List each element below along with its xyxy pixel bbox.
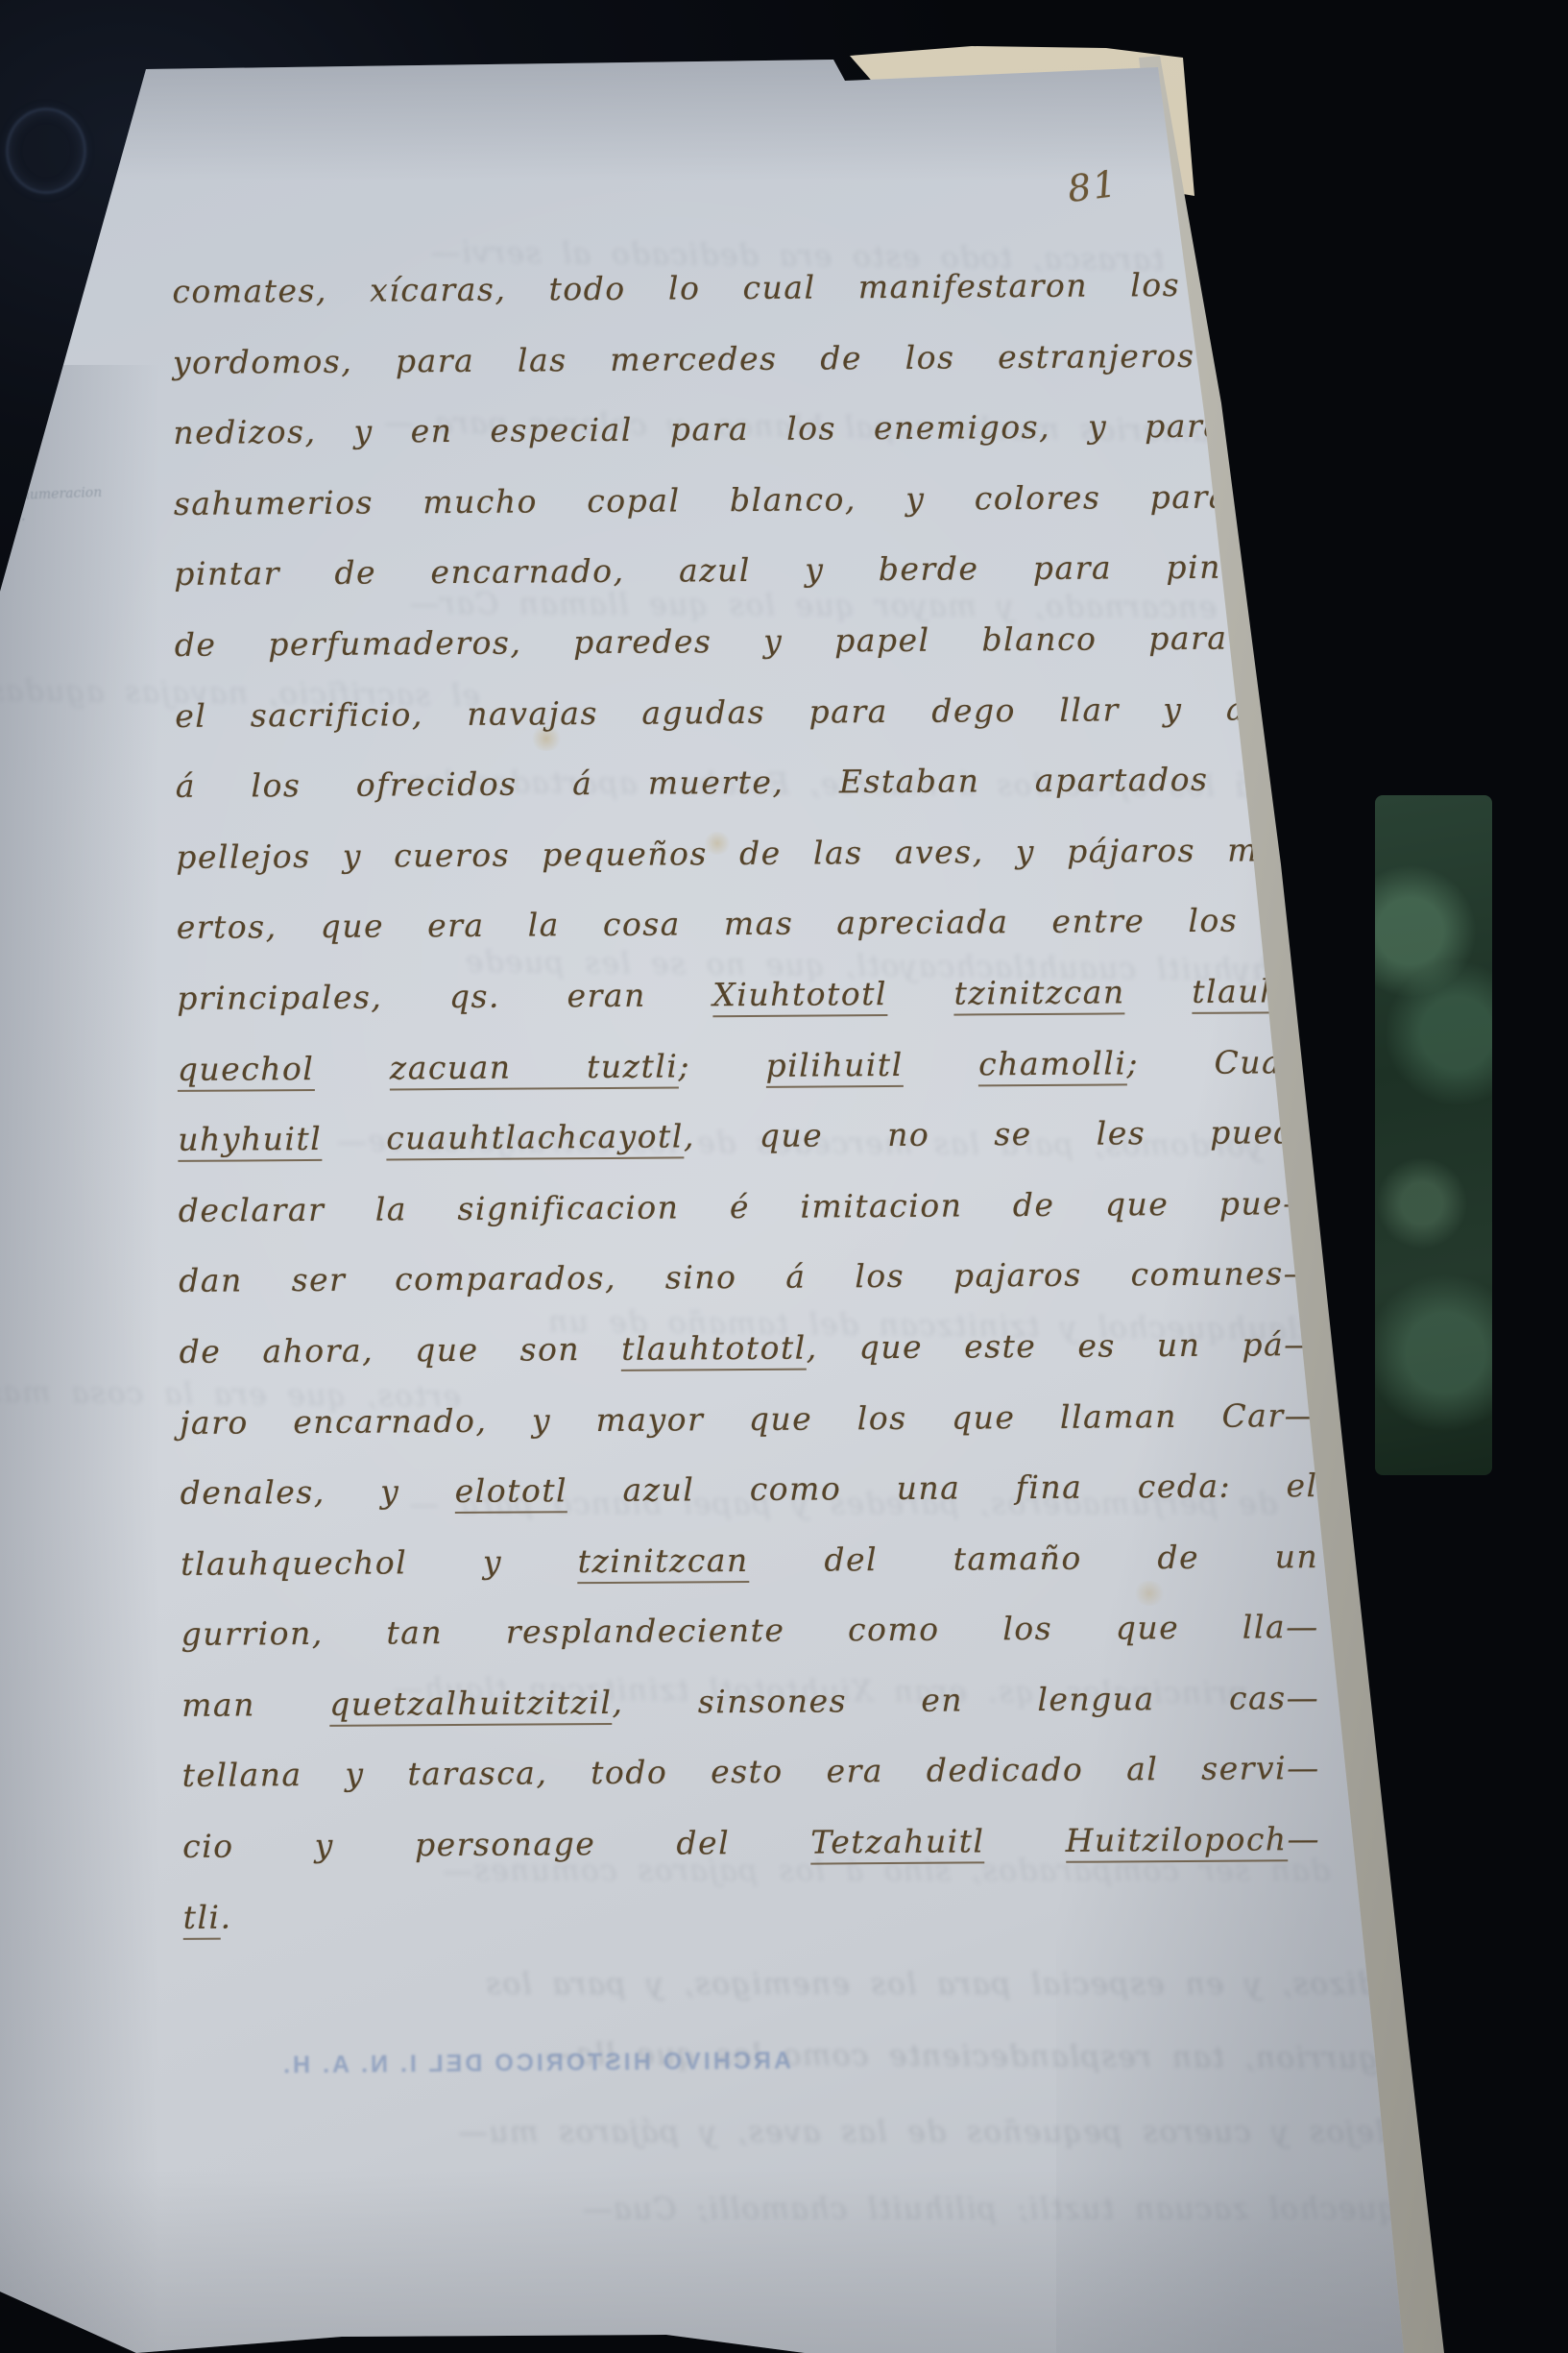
manuscript-line: denales, y elototl azul como una fina ce… (180, 1450, 1317, 1528)
marbled-book-cover (1375, 795, 1492, 1475)
manuscript-line: quechol zacuan tuztli; pilihuitl chamoll… (178, 1027, 1315, 1104)
text-segment: tellana y tarasca, todo esto era dedicad… (182, 1750, 1320, 1795)
text-segment: azul como una fina ceda: el (567, 1467, 1318, 1509)
manuscript-line: el sacrificio, navajas agudas para dego … (175, 673, 1313, 751)
text-segment: — (1287, 1820, 1320, 1857)
showthrough-line: pellejos y cueros pequeños de las aves, … (226, 2115, 1435, 2149)
underlined-word: cuauhtlachcayotl (386, 1118, 684, 1161)
text-segment: cio y personage del (182, 1824, 810, 1865)
manuscript-line: pintar de encarnado, azul y berde para p… (174, 531, 1312, 609)
page-number: 81 (1066, 162, 1121, 210)
manuscript-line: principales, qs. eran Xiuhtototl tzinitz… (177, 956, 1315, 1033)
manuscript-line: tlauhquechol y tzinitzcan del tamaño de … (181, 1521, 1318, 1599)
underlined-word: elototl (455, 1471, 568, 1514)
manuscript-page: tellana y tarasca, todo esto era dedicad… (0, 0, 1568, 2353)
manuscript-line: á los ofrecidos á muerte, Estaban aparta… (176, 743, 1314, 821)
manuscript-line: nedizos, y en especial para los enemigos… (173, 390, 1311, 468)
underlined-word: pilihuitl (765, 1045, 903, 1087)
text-segment: . (220, 1898, 231, 1935)
embossed-seal-icon (6, 108, 86, 194)
underlined-word: tzinitzcan (578, 1541, 749, 1584)
manuscript-line: sahumerios mucho copal blanco, y colores… (174, 461, 1312, 539)
text-segment: ertos, que era la cosa mas apreciada ent… (177, 901, 1315, 946)
text-segment: de ahora, que son (180, 1330, 622, 1371)
text-segment: pellejos y cueros pequeños de las aves, … (176, 831, 1314, 876)
manuscript-line: dan ser comparados, sino á los pajaros c… (179, 1238, 1316, 1316)
text-segment: jaro encarnado, y mayor que los que llam… (180, 1396, 1317, 1442)
text-segment (314, 1049, 390, 1087)
text-segment: nedizos, y en especial para los enemigos… (173, 406, 1311, 451)
text-segment: á los ofrecidos á muerte, Estaban aparta… (176, 760, 1314, 805)
text-segment (904, 1045, 979, 1083)
manuscript-line: jaro encarnado, y mayor que los que llam… (180, 1380, 1317, 1458)
archive-stamp: ARCHIVO HISTORICO DEL I. N. A. H. (277, 2048, 795, 2080)
manuscript-line: tli. (182, 1875, 1320, 1953)
underlined-word: Tetzahuitl (810, 1822, 984, 1864)
manuscript-line: de perfumaderos, paredes y papel blanco … (175, 602, 1313, 680)
text-segment: declarar la significacion é imitacion de… (179, 1184, 1316, 1229)
manuscript-line: de ahora, que son tlauhtototl, que este … (179, 1309, 1316, 1387)
text-segment: principales, qs. eran (177, 976, 712, 1017)
underlined-word: tlauhtototl (621, 1328, 807, 1371)
text-segment: el sacrificio, navajas agudas para dego … (175, 690, 1313, 735)
text-segment: tlauhquechol y (181, 1542, 578, 1583)
text-segment: sahumerios mucho copal blanco, y colores… (174, 477, 1312, 522)
text-segment: man (181, 1686, 329, 1724)
manuscript-line: man quetzalhuitzitzil, sinsones en lengu… (181, 1662, 1319, 1740)
text-segment (322, 1120, 386, 1157)
text-segment (1125, 973, 1193, 1010)
manuscript-line: declarar la significacion é imitacion de… (179, 1168, 1316, 1246)
text-segment (887, 975, 954, 1012)
text-segment (984, 1822, 1065, 1860)
underlined-word: Huitzilopoch (1066, 1820, 1288, 1863)
manuscript-line: tellana y tarasca, todo esto era dedicad… (181, 1734, 1319, 1811)
underlined-word: tli (182, 1898, 220, 1939)
text-segment: comates, xícaras, todo lo cual manifesta… (172, 265, 1310, 310)
text-segment: , que no se les puede (684, 1113, 1316, 1154)
text-segment: del tamaño de un (749, 1538, 1319, 1579)
photo-scene: tellana y tarasca, todo esto era dedicad… (0, 0, 1568, 2353)
text-segment: denales, y (181, 1472, 455, 1512)
text-segment: ; (678, 1046, 765, 1084)
underlined-word: tzinitzcan (953, 973, 1124, 1015)
text-segment: yordomos, para las mercedes de los estra… (173, 336, 1311, 381)
underlined-word: uhyhuitl (178, 1120, 322, 1162)
manuscript-line: pellejos y cueros pequeños de las aves, … (176, 814, 1314, 892)
text-segment: dan ser comparados, sino á los pajaros c… (179, 1254, 1316, 1299)
manuscript-line: ertos, que era la cosa mas apreciada ent… (177, 885, 1315, 962)
manuscript-line: cio y personage del Tetzahuitl Huitzilop… (182, 1804, 1320, 1881)
text-segment: , que este es un pá— (807, 1325, 1317, 1367)
showthrough-line: nedizos, y en especial para los enemigos… (206, 1967, 1416, 2001)
underlined-word: chamolli (978, 1044, 1127, 1086)
text-segment: , sinsones en lengua cas— (612, 1679, 1319, 1721)
manuscript-line: yordomos, para las mercedes de los estra… (173, 320, 1311, 398)
manuscript-text: comates, xícaras, todo lo cual manifesta… (172, 249, 1321, 1953)
manuscript-line: uhyhuitl cuauhtlachcayotl, que no se les… (178, 1097, 1315, 1175)
manuscript-line: comates, xícaras, todo lo cual manifesta… (172, 249, 1310, 327)
underlined-word: quechol (178, 1050, 315, 1092)
text-segment: de perfumaderos, paredes y papel blanco … (175, 619, 1313, 664)
manuscript-line: gurrion, tan resplandeciente como los qu… (181, 1591, 1318, 1669)
underlined-word: zacuan tuztli (390, 1047, 679, 1090)
showthrough-line: quechol zacuan tuztli; pilihuitl chamoll… (187, 2192, 1397, 2226)
text-segment: gurrion, tan resplandeciente como los qu… (181, 1608, 1319, 1653)
margin-note: Enumeracion … (11, 479, 184, 527)
underlined-word: quetzalhuitzitzil (329, 1684, 613, 1727)
text-segment: pintar de encarnado, azul y berde para p… (174, 547, 1312, 593)
underlined-word: Xiuhtototl (712, 975, 887, 1017)
